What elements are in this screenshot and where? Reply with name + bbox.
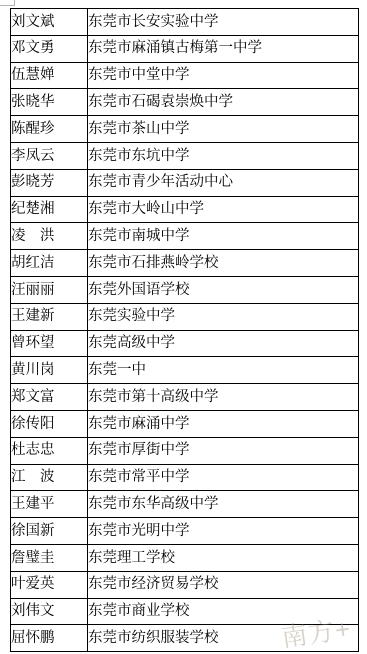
teacher-name: 刘伟文 <box>11 598 88 625</box>
school-name: 东莞市常平中学 <box>88 464 359 491</box>
teacher-name: 张晓华 <box>11 89 88 116</box>
teacher-name: 胡红洁 <box>11 250 88 277</box>
table-row: 纪楚湘 东莞市大岭山中学 <box>11 196 359 223</box>
teacher-name: 彭晓芳 <box>11 169 88 196</box>
table-row: 邓文勇 东莞市麻涌镇古梅第一中学 <box>11 35 359 62</box>
teacher-name: 詹璧圭 <box>11 544 88 571</box>
table-row: 徐传阳 东莞市麻涌中学 <box>11 410 359 437</box>
school-name: 东莞市中堂中学 <box>88 62 359 89</box>
table-row: 彭晓芳 东莞市青少年活动中心 <box>11 169 359 196</box>
school-name: 东莞市麻涌中学 <box>88 410 359 437</box>
teacher-name: 陈醒珍 <box>11 116 88 143</box>
school-name: 东莞市第十高级中学 <box>88 384 359 411</box>
teacher-name: 王建平 <box>11 491 88 518</box>
teacher-name: 刘文斌 <box>11 9 88 36</box>
school-name: 东莞市厚街中学 <box>88 437 359 464</box>
school-name: 东莞市茶山中学 <box>88 116 359 143</box>
table-body: 刘文斌 东莞市长安实验中学 邓文勇 东莞市麻涌镇古梅第一中学 伍慧婵 东莞市中堂… <box>11 9 359 652</box>
teacher-name: 汪丽丽 <box>11 276 88 303</box>
teacher-name: 李凤云 <box>11 142 88 169</box>
teacher-name: 黄川岗 <box>11 357 88 384</box>
table-row: 黄川岗 东莞一中 <box>11 357 359 384</box>
school-name: 东莞市长安实验中学 <box>88 9 359 36</box>
school-name: 东莞市光明中学 <box>88 518 359 545</box>
table-row: 王建新 东莞实验中学 <box>11 303 359 330</box>
table-row: 曾环望 东莞高级中学 <box>11 330 359 357</box>
table-row: 詹璧圭 东莞理工学校 <box>11 544 359 571</box>
table-row: 汪丽丽 东莞外国语学校 <box>11 276 359 303</box>
teacher-name: 伍慧婵 <box>11 62 88 89</box>
school-name: 东莞市石碣袁崇焕中学 <box>88 89 359 116</box>
table-row: 陈醒珍 东莞市茶山中学 <box>11 116 359 143</box>
table-row: 李凤云 东莞市东坑中学 <box>11 142 359 169</box>
teacher-name: 纪楚湘 <box>11 196 88 223</box>
cutoff-table-corner <box>0 0 15 6</box>
teacher-name: 叶爱英 <box>11 571 88 598</box>
table-row: 叶爱英 东莞市经济贸易学校 <box>11 571 359 598</box>
teacher-name: 屈怀鹏 <box>11 625 88 652</box>
table-row: 江 波 东莞市常平中学 <box>11 464 359 491</box>
teacher-name: 凌 洪 <box>11 223 88 250</box>
school-name: 东莞高级中学 <box>88 330 359 357</box>
teacher-name: 郑文富 <box>11 384 88 411</box>
school-name: 东莞市南城中学 <box>88 223 359 250</box>
teacher-name: 王建新 <box>11 303 88 330</box>
teacher-name: 杜志忠 <box>11 437 88 464</box>
table-row: 刘文斌 东莞市长安实验中学 <box>11 9 359 36</box>
table-row: 徐国新 东莞市光明中学 <box>11 518 359 545</box>
school-name: 东莞市商业学校 <box>88 598 359 625</box>
school-name: 东莞市大岭山中学 <box>88 196 359 223</box>
school-name: 东莞市东坑中学 <box>88 142 359 169</box>
school-name: 东莞市石排燕岭学校 <box>88 250 359 277</box>
table-row: 伍慧婵 东莞市中堂中学 <box>11 62 359 89</box>
teacher-name: 徐国新 <box>11 518 88 545</box>
table-row: 张晓华 东莞市石碣袁崇焕中学 <box>11 89 359 116</box>
teacher-name: 江 波 <box>11 464 88 491</box>
school-name: 东莞市麻涌镇古梅第一中学 <box>88 35 359 62</box>
teacher-school-table: 刘文斌 东莞市长安实验中学 邓文勇 东莞市麻涌镇古梅第一中学 伍慧婵 东莞市中堂… <box>10 8 359 652</box>
school-name: 东莞外国语学校 <box>88 276 359 303</box>
table-row: 胡红洁 东莞市石排燕岭学校 <box>11 250 359 277</box>
table-row: 杜志忠 东莞市厚街中学 <box>11 437 359 464</box>
school-name: 东莞市东华高级中学 <box>88 491 359 518</box>
teacher-name: 徐传阳 <box>11 410 88 437</box>
school-name: 东莞市纺织服装学校 <box>88 625 359 652</box>
table-row: 刘伟文 东莞市商业学校 <box>11 598 359 625</box>
table-row: 王建平 东莞市东华高级中学 <box>11 491 359 518</box>
table-row: 凌 洪 东莞市南城中学 <box>11 223 359 250</box>
school-name: 东莞市青少年活动中心 <box>88 169 359 196</box>
table-row: 屈怀鹏 东莞市纺织服装学校 <box>11 625 359 652</box>
school-name: 东莞市经济贸易学校 <box>88 571 359 598</box>
teacher-name: 邓文勇 <box>11 35 88 62</box>
teacher-name: 曾环望 <box>11 330 88 357</box>
school-name: 东莞一中 <box>88 357 359 384</box>
table-row: 郑文富 东莞市第十高级中学 <box>11 384 359 411</box>
school-name: 东莞实验中学 <box>88 303 359 330</box>
school-name: 东莞理工学校 <box>88 544 359 571</box>
